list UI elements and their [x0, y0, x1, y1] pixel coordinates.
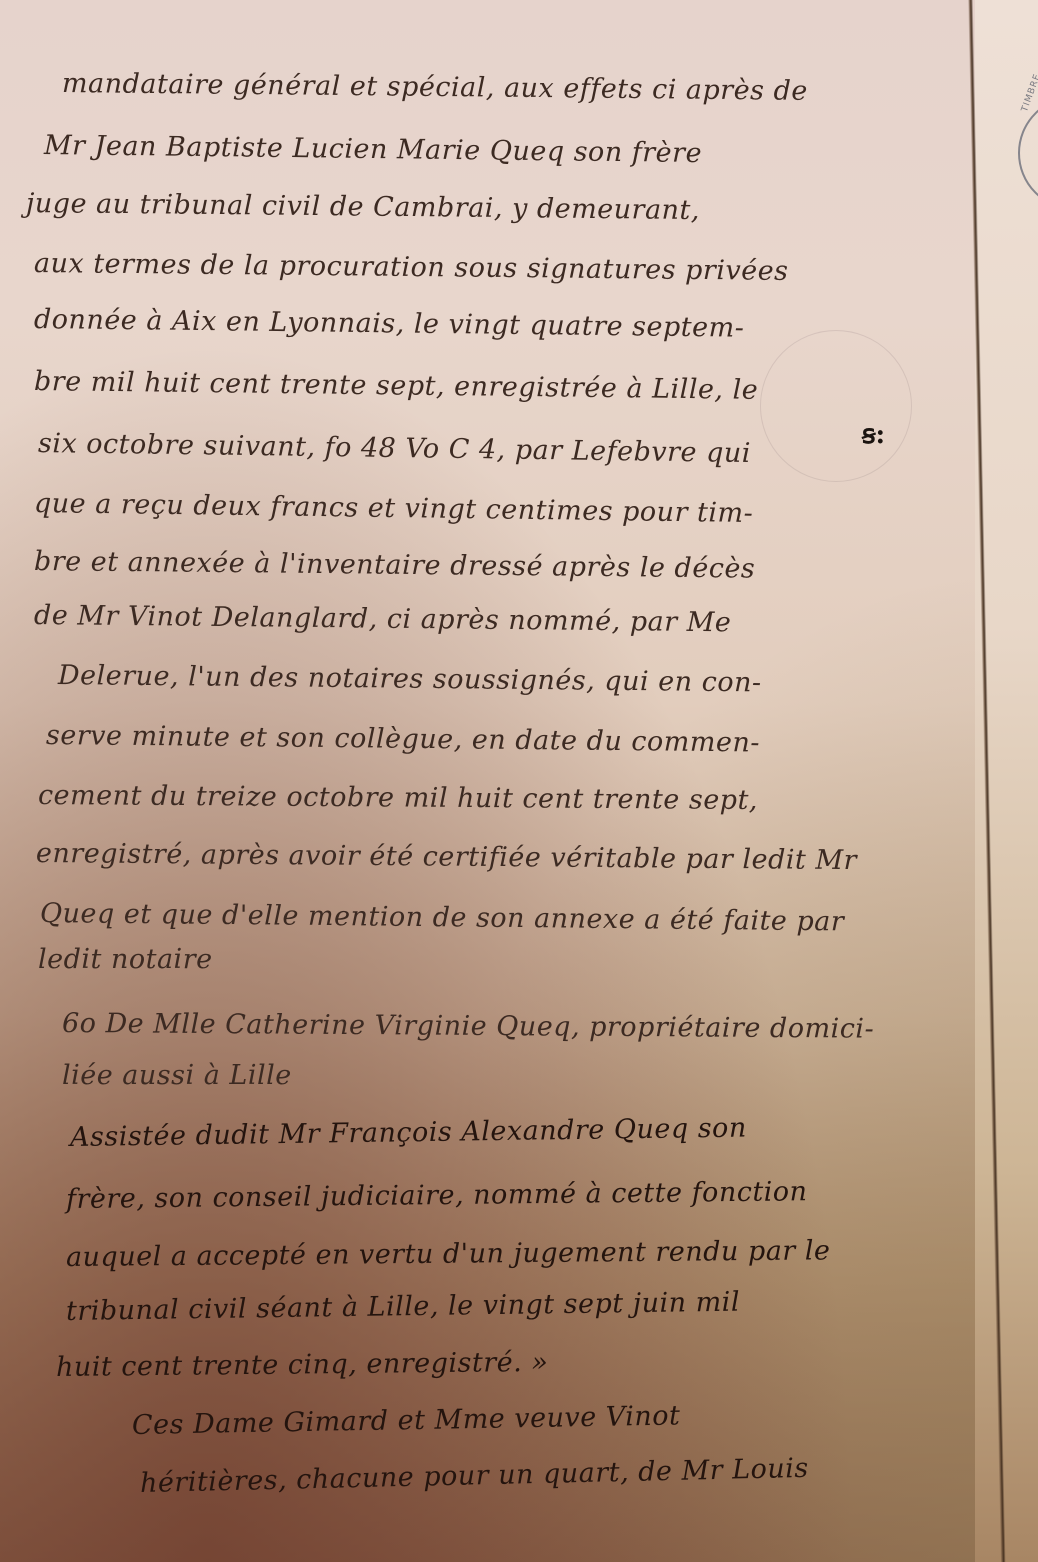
text-line: aux termes de la procuration sous signat… [34, 248, 789, 287]
text-line: huit cent trente cinq, enregistré. » [56, 1347, 549, 1383]
text-line: que a reçu deux francs et vingt centimes… [34, 488, 754, 529]
text-line: enregistré, après avoir été certifiée vé… [36, 838, 857, 876]
manuscript-page: TIMBRE ꞩ: mandataire général et spécial,… [0, 0, 1038, 1562]
text-line: Ces Dame Gimard et Mme veuve Vinot [132, 1400, 681, 1441]
handwritten-text-block: mandataire général et spécial, aux effet… [0, 0, 1038, 1562]
text-line: cement du treize octobre mil huit cent t… [38, 780, 758, 816]
text-line: Delerue, l'un des notaires soussignés, q… [58, 660, 762, 698]
text-line: frère, son conseil judiciaire, nommé à c… [66, 1176, 808, 1215]
text-line: six octobre suivant, fo 48 Vo C 4, par L… [38, 428, 751, 469]
text-line: de Mr Vinot Delanglard, ci après nommé, … [34, 600, 732, 638]
text-line: auquel a accepté en vertu d'un jugement … [66, 1235, 831, 1273]
text-line: donnée à Aix en Lyonnais, le vingt quatr… [34, 304, 745, 344]
text-line: serve minute et son collègue, en date du… [46, 720, 760, 758]
text-line: tribunal civil séant à Lille, le vingt s… [66, 1287, 740, 1327]
text-line: juge au tribunal civil de Cambrai, y dem… [26, 188, 700, 226]
text-line: mandataire général et spécial, aux effet… [62, 68, 808, 107]
text-line: bre mil huit cent trente sept, enregistr… [34, 366, 759, 406]
text-line: bre et annexée à l'inventaire dressé apr… [34, 546, 756, 585]
text-line: héritières, chacune pour un quart, de Mr… [140, 1453, 809, 1499]
text-line: Queq et que d'elle mention de son annexe… [40, 898, 845, 937]
text-line: liée aussi à Lille [62, 1060, 292, 1091]
text-line: Mr Jean Baptiste Lucien Marie Queq son f… [44, 130, 702, 169]
text-line: ledit notaire [38, 944, 213, 975]
text-line: 6o De Mlle Catherine Virginie Queq, prop… [62, 1008, 874, 1045]
text-line: Assistée dudit Mr François Alexandre Que… [70, 1113, 747, 1153]
